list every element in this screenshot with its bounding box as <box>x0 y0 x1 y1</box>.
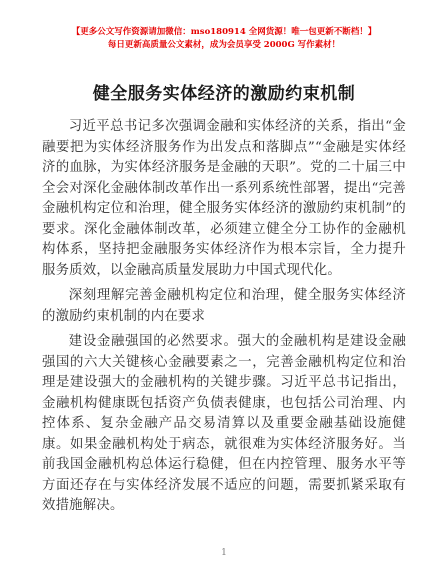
promo-banner: 【更多公文写作资源请加微信：mso180914 全网货源！唯一包更新不断档！】 … <box>42 26 406 51</box>
section-heading-paragraph: 深刻理解完善金融机构定位和治理，健全服务实体经济的激励约束机制的内在要求 <box>42 286 406 327</box>
promo-line-1: 【更多公文写作资源请加微信：mso180914 全网货源！唯一包更新不断档！】 <box>42 26 406 39</box>
document-title: 健全服务实体经济的激励约束机制 <box>42 82 406 106</box>
page-number: 1 <box>0 548 448 558</box>
body-paragraph-2: 建设金融强国的必然要求。强大的金融机构是建设金融强国的六大关键核心金融要素之一，… <box>42 332 406 517</box>
promo-line-2: 每日更新高质量公文素材，成为会员享受 2000G 写作素材！ <box>42 39 406 52</box>
document-page: 【更多公文写作资源请加微信：mso180914 全网货源！唯一包更新不断档！】 … <box>0 0 448 580</box>
body-paragraph-1: 习近平总书记多次强调金融和实体经济的关系，指出“金融要把为实体经济服务作为出发点… <box>42 117 406 281</box>
